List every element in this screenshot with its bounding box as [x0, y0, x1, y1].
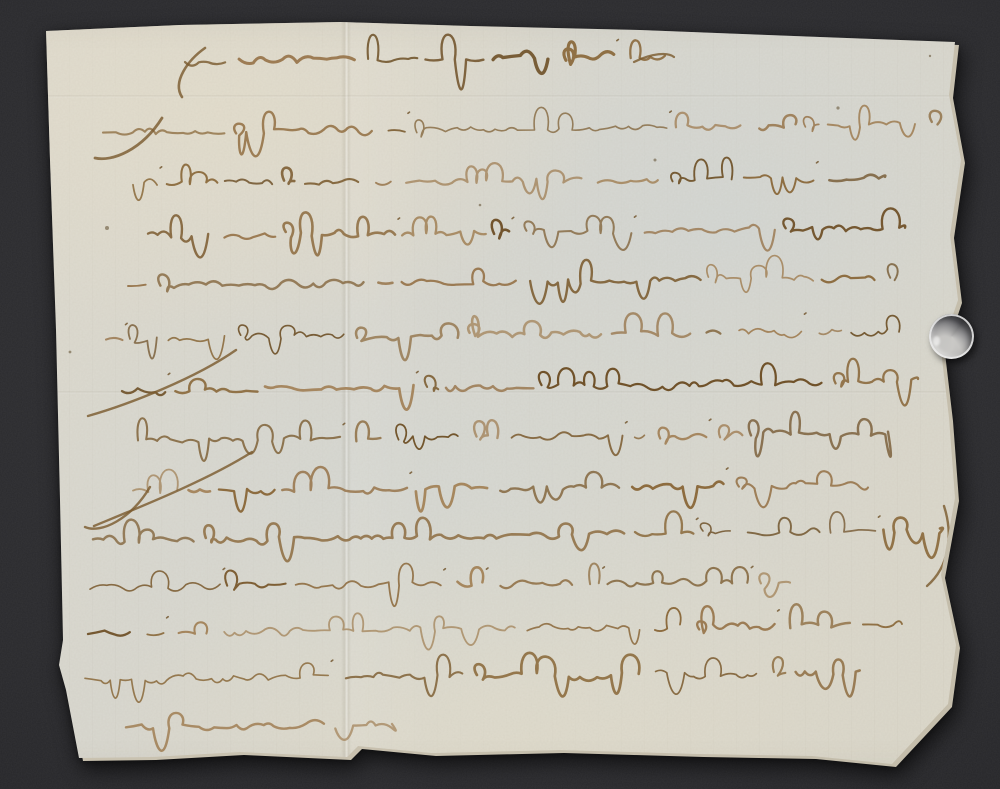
manuscript-paper	[0, 0, 1000, 789]
metal-pin	[929, 314, 974, 359]
letter-sheet	[0, 0, 1000, 789]
handwriting-ink	[0, 0, 1000, 789]
photo-stage	[0, 0, 1000, 789]
